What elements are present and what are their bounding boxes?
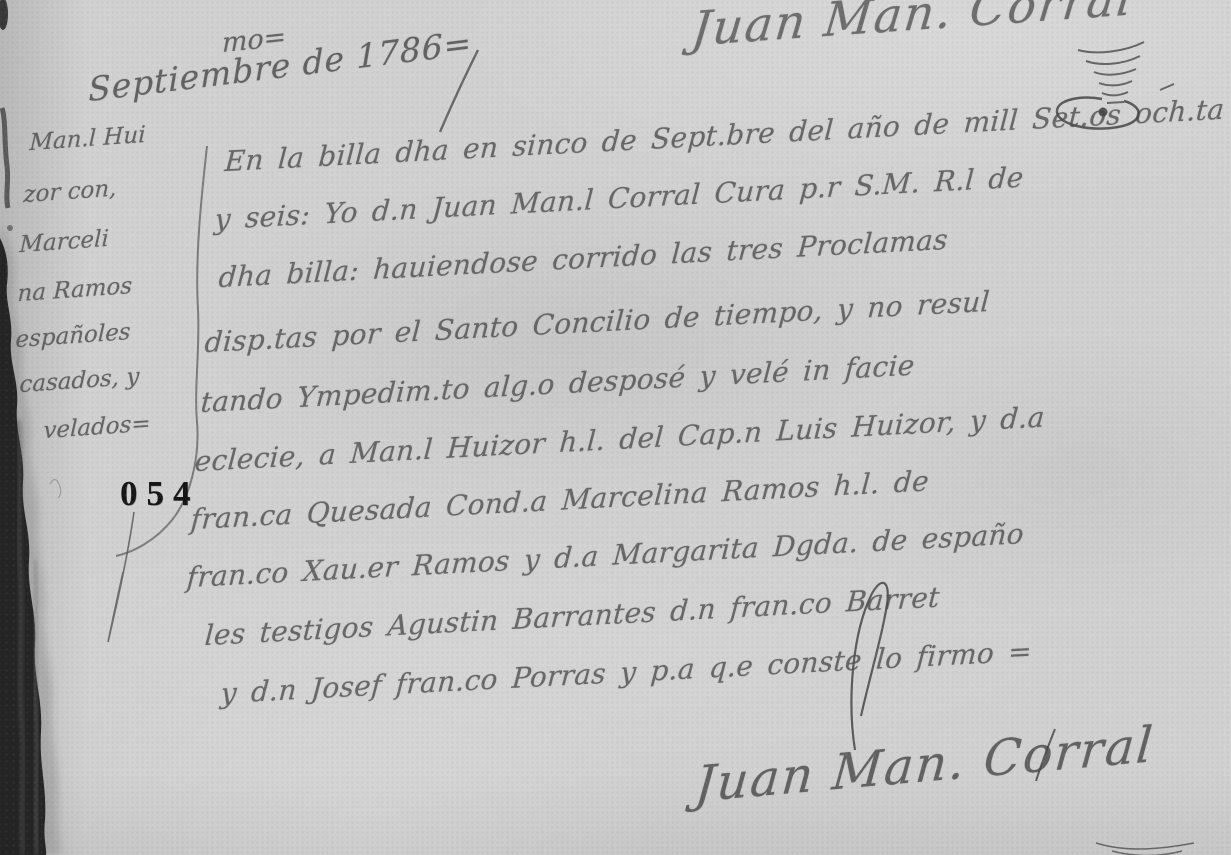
edge-mark	[0, 0, 8, 30]
body-line: En la billa dha en sinco de Sept.bre del…	[224, 93, 1226, 179]
margin-note-line: na Ramos	[17, 273, 132, 307]
faint-mark	[50, 480, 61, 499]
signature-underline-flourish	[1096, 843, 1194, 855]
margin-note-line: casados, y	[19, 364, 140, 399]
body-line: les testigos Agustin Barrantes d.n fran.…	[204, 580, 941, 652]
binding-streak	[34, 560, 38, 855]
margin-note-line: Man.l Hui	[29, 122, 146, 156]
margin-note-line: Marceli	[19, 226, 109, 258]
binding-shadow	[0, 225, 60, 855]
body-line: fran.ca Quesada Cond.a Marcelina Ramos h…	[190, 464, 930, 536]
page-number-stamp: 054	[120, 474, 200, 514]
margin-note-line: españoles	[15, 319, 131, 353]
top-signature: Juan Man. Corral	[689, 0, 1137, 58]
body-line: y d.n Josef fran.co Porras y p.a q.e con…	[220, 634, 1034, 710]
scanned-document-page: mo= Septiembre de 1786= Juan Man. Corral…	[0, 0, 1231, 855]
margin-note-line: zor con,	[23, 176, 117, 209]
edge-mark	[2, 108, 8, 208]
bottom-signature: Juan Man. Corral	[693, 716, 1157, 814]
binding-streak	[18, 420, 24, 855]
margin-note-line: velados=	[43, 411, 151, 445]
check-mark	[108, 512, 134, 642]
body-line: dha billa: hauiendose corrido las tres P…	[218, 223, 949, 294]
body-line: disp.tas por el Santo Concilio de tiempo…	[204, 285, 991, 359]
body-line: tando Ympedim.to alg.o desposé y velé in…	[200, 349, 916, 420]
edge-mark	[7, 225, 13, 231]
